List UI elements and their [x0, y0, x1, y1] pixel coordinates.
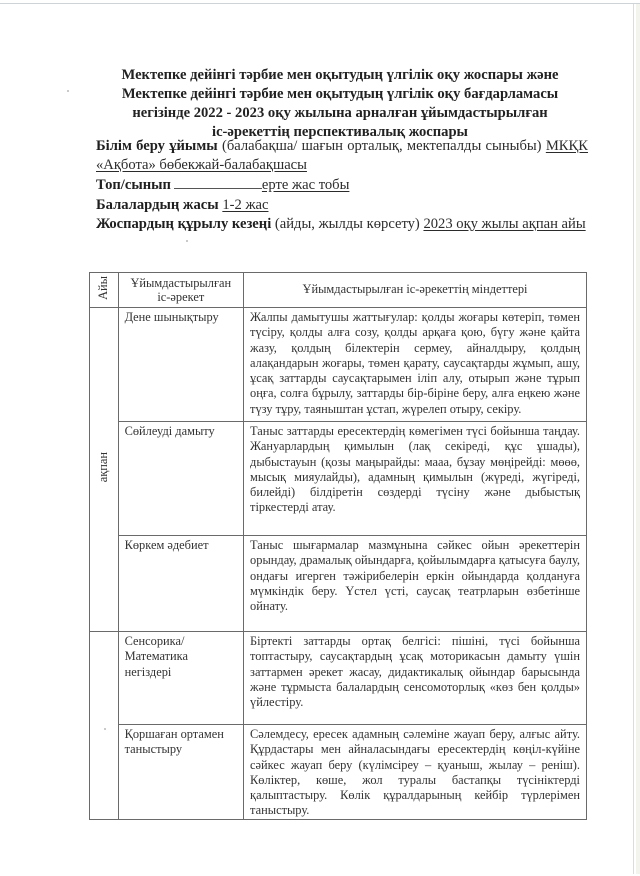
- organization-hint: (балабақша/ шағын орталық, мектепалды сы…: [222, 138, 542, 154]
- document-title: Мектепке дейінгі тәрбие мен оқытудың үлг…: [90, 66, 590, 142]
- scan-edge-right: [633, 4, 634, 874]
- header-activity: Ұйымдастырылған іс-әрекет: [118, 273, 243, 308]
- tasks-cell: Сәлемдесу, ересек адамның сәлеміне жауап…: [244, 725, 587, 820]
- period-field: Жоспардың құрылу кезеңі (айды, жылды көр…: [96, 215, 588, 234]
- activity-cell: Сенсорика/ Математика негіздері: [118, 632, 243, 725]
- header-tasks: Ұйымдастырылған іс-әрекеттің міндеттері: [244, 273, 587, 308]
- group-label: Топ/сынып: [96, 177, 171, 193]
- activity-cell: Көркем әдебиет: [118, 536, 243, 632]
- period-value: 2023 оқу жылы ақпан айы: [423, 216, 585, 232]
- tasks-cell: Таныс заттарды ересектердің көмегімен тү…: [244, 422, 587, 536]
- title-line: негізінде 2022 - 2023 оқу жылына арналға…: [90, 104, 590, 123]
- age-field: Балалардың жасы 1-2 жас: [96, 196, 588, 215]
- tasks-cell: Таныс шығармалар мазмұнына сәйкес ойын ә…: [244, 536, 587, 632]
- table-row: Сенсорика/ Математика негіздері Біртекті…: [90, 632, 587, 725]
- table-row: Қоршаған ортамен таныстыру Сәлемдесу, ер…: [90, 725, 587, 820]
- header-month-text: Айы: [96, 276, 111, 300]
- month-text: ақпан: [96, 452, 111, 482]
- scan-margin-right: [636, 4, 640, 874]
- age-value: 1-2 жас: [222, 197, 268, 213]
- group-field: Топ/сыныперте жас тобы: [96, 176, 588, 195]
- period-label: Жоспардың құрылу кезеңі: [96, 216, 271, 232]
- title-line: Мектепке дейінгі тәрбие мен оқытудың үлг…: [90, 66, 590, 85]
- month-cell: ақпан: [90, 308, 119, 632]
- organization-field: Білім беру ұйымы (балабақша/ шағын ортал…: [96, 137, 588, 175]
- activity-cell: Дене шынықтыру: [118, 308, 243, 422]
- title-line: Мектепке дейінгі тәрбие мен оқытудың үлг…: [90, 85, 590, 104]
- activity-cell: Қоршаған ортамен таныстыру: [118, 725, 243, 820]
- age-label: Балалардың жасы: [96, 197, 219, 213]
- activity-cell: Сөйлеуді дамыту: [118, 422, 243, 536]
- scan-speck: [186, 240, 188, 242]
- header-month: Айы: [90, 273, 119, 308]
- period-hint: (айды, жылды көрсету): [275, 216, 420, 232]
- table-header-row: Айы Ұйымдастырылған іс-әрекет Ұйымдастыр…: [90, 273, 587, 308]
- group-value: ерте жас тобы: [262, 177, 349, 193]
- tasks-cell: Біртекті заттарды ортақ белгісі: пішіні,…: [244, 632, 587, 725]
- plan-table: Айы Ұйымдастырылған іс-әрекет Ұйымдастыр…: [89, 272, 587, 820]
- table-row: Көркем әдебиет Таныс шығармалар мазмұнын…: [90, 536, 587, 632]
- scan-edge-top: [0, 3, 640, 4]
- organization-label: Білім беру ұйымы: [96, 138, 218, 154]
- month-cell: [90, 632, 119, 820]
- table-row: Сөйлеуді дамыту Таныс заттарды ересектер…: [90, 422, 587, 536]
- scan-speck: [67, 90, 69, 92]
- table-row: ақпан Дене шынықтыру Жалпы дамытушы жатт…: [90, 308, 587, 422]
- group-blank: [174, 176, 262, 189]
- tasks-cell: Жалпы дамытушы жаттығулар: қолды жоғары …: [244, 308, 587, 422]
